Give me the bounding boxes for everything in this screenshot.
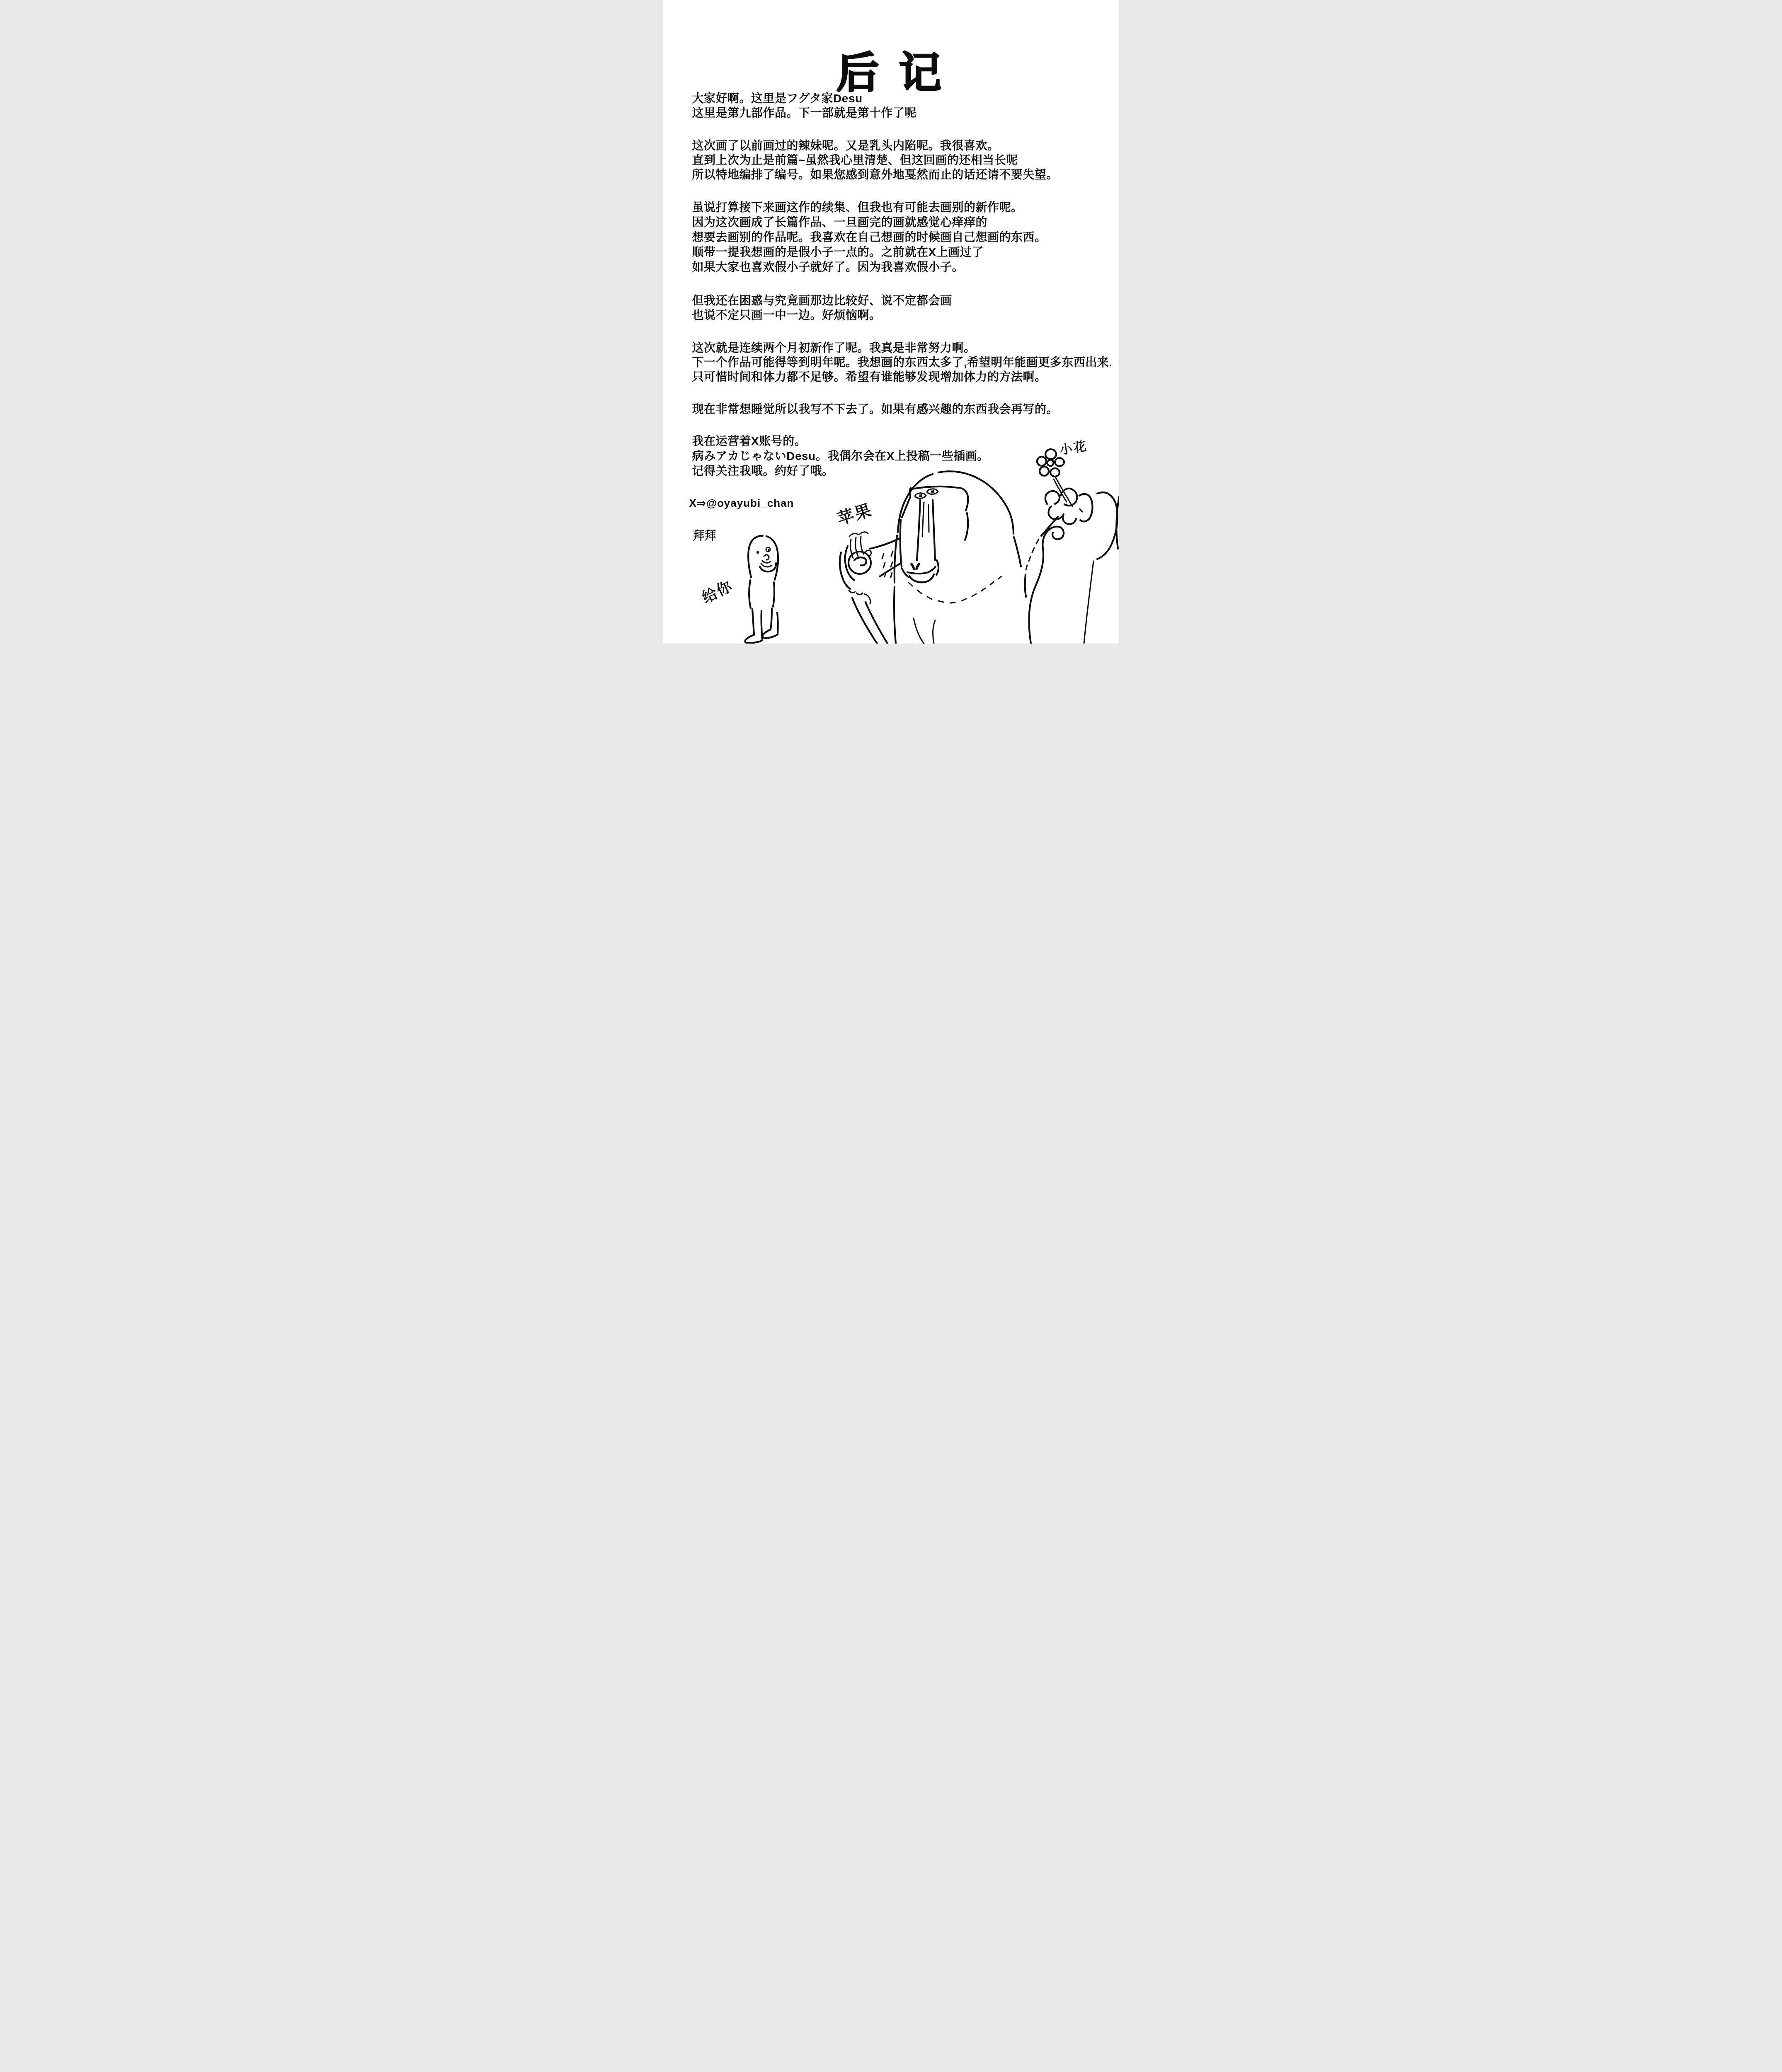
afterword-page: 后 记 大家好啊。这里是フグタ家Desu 这里是第九部作品。下一部就是第十作了呢… [663, 0, 1119, 644]
doodles-illustration [663, 0, 1119, 644]
apple-hand [839, 532, 887, 644]
flower-doodle [1037, 449, 1072, 506]
monkey-doodle [839, 471, 1119, 644]
blob-creature-doodle [745, 536, 778, 643]
apple-doodle [849, 550, 871, 574]
